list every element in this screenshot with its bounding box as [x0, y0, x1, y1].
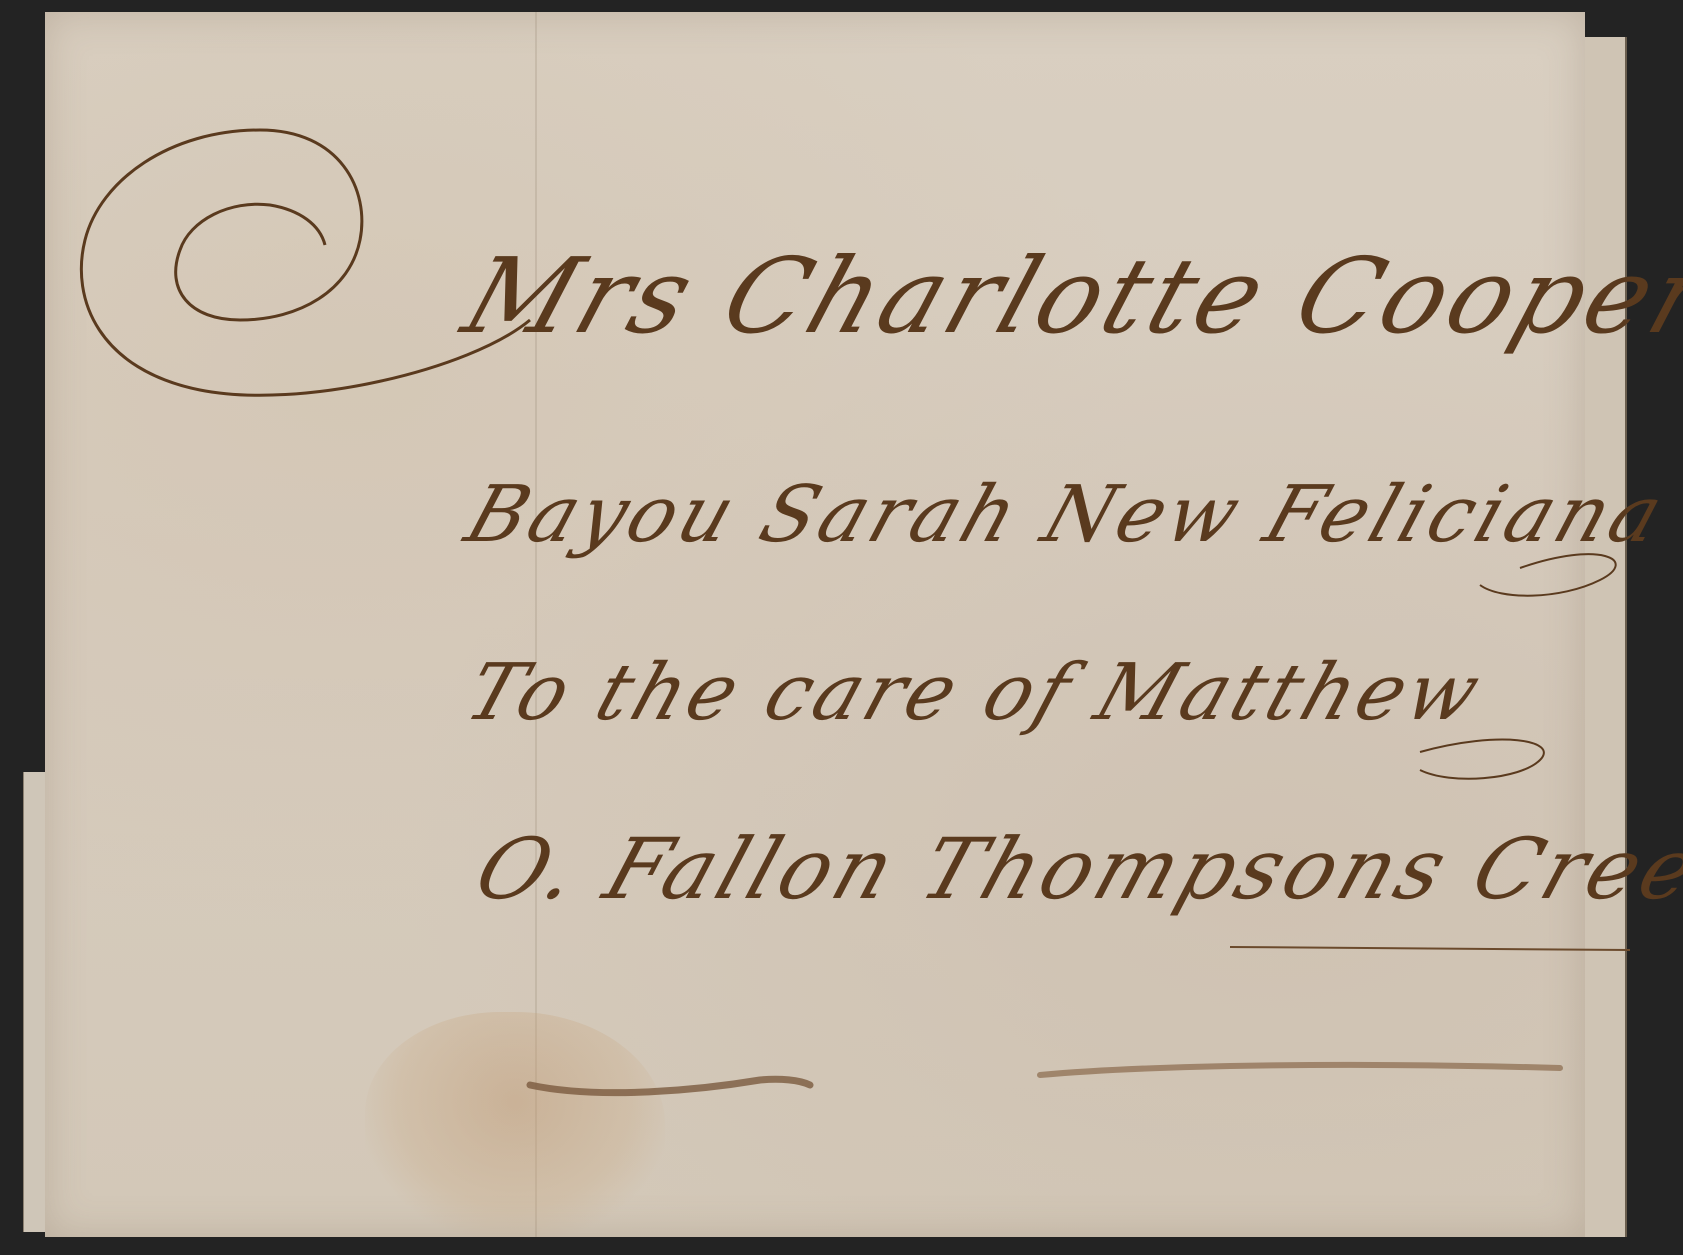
address-line-care-of: To the care of Matthew — [455, 648, 1494, 738]
underline-flourish — [1230, 947, 1630, 950]
ink-stroke-right — [1040, 1065, 1560, 1075]
ink-stroke-left — [530, 1079, 810, 1092]
address-line-recipient: Mrs Charlotte Cooper — [450, 235, 1683, 357]
matthew-loop — [1420, 740, 1544, 779]
address-line-place: Bayou Sarah New Feliciana — [455, 470, 1677, 560]
ink-flourishes — [0, 0, 1683, 1255]
feliciana-loop — [1480, 554, 1616, 596]
address-line-creek: O. Fallon Thompsons Creek — [464, 820, 1683, 918]
